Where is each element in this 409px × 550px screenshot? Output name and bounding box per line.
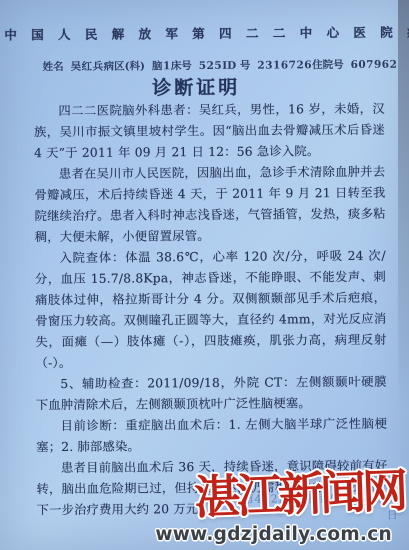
paragraph-patient-intro: 四二二医院脑外科患者：吴红兵，男性，16 岁，未婚，汉族，吴川市振文镇里坡村学生… bbox=[34, 99, 385, 164]
ward-value: 脑1 bbox=[152, 60, 171, 72]
id-field: ID 号2316726 bbox=[222, 57, 312, 73]
bed-value: 525 bbox=[199, 60, 223, 72]
document-title: 诊断证明 bbox=[0, 72, 394, 102]
news-site-watermark: 湛江新闻网 bbox=[193, 454, 405, 527]
bed-label: 床号 bbox=[171, 60, 192, 72]
name-label: 姓名 bbox=[43, 61, 64, 73]
ward-field: 病区(科)脑1 bbox=[103, 58, 170, 73]
paragraph-admission-exam: 入院查体：体温 38.6℃，心率 120 次/分，呼吸 24 次/分，血压 15… bbox=[35, 246, 387, 374]
admission-number-field: 住院号607962 bbox=[312, 57, 397, 73]
paragraph-current-diagnosis: 目前诊断：重症脑出血术后：1. 左侧大脑半球广泛性脑梗塞；2. 肺部感染。 bbox=[36, 414, 387, 458]
patient-name-field: 姓名吴红兵 bbox=[42, 59, 103, 74]
id-value: 2316726 bbox=[257, 59, 312, 71]
document-photo: 中 国 人 民 解 放 军 第 四 二 二 中 心 医 院 病 历 姓名吴红兵 … bbox=[0, 0, 409, 550]
name-value: 吴红兵 bbox=[71, 61, 104, 73]
ward-label: 病区(科) bbox=[104, 60, 146, 72]
news-site-url-watermark: www.gdzjdaily.com.cn bbox=[155, 524, 392, 545]
bed-field: 床号525 bbox=[171, 58, 223, 73]
id-label: ID 号 bbox=[222, 60, 250, 72]
admission-label: 住院号 bbox=[312, 59, 344, 71]
hospital-letterhead: 中 国 人 民 解 放 军 第 四 二 二 中 心 医 院 病 历 bbox=[4, 23, 391, 44]
paragraph-transfer-history: 患者在吴川市人民医院，因脑出血，急诊手术清除血肿并去骨瓣减压，术后持续昏迷 4 … bbox=[34, 162, 386, 248]
paragraph-auxiliary-exam: 5、辅助检查：2011/09/18，外院 CT：左侧额颞叶硬膜下血肿清除术后，左… bbox=[36, 372, 387, 416]
admission-value: 607962 bbox=[351, 59, 398, 71]
